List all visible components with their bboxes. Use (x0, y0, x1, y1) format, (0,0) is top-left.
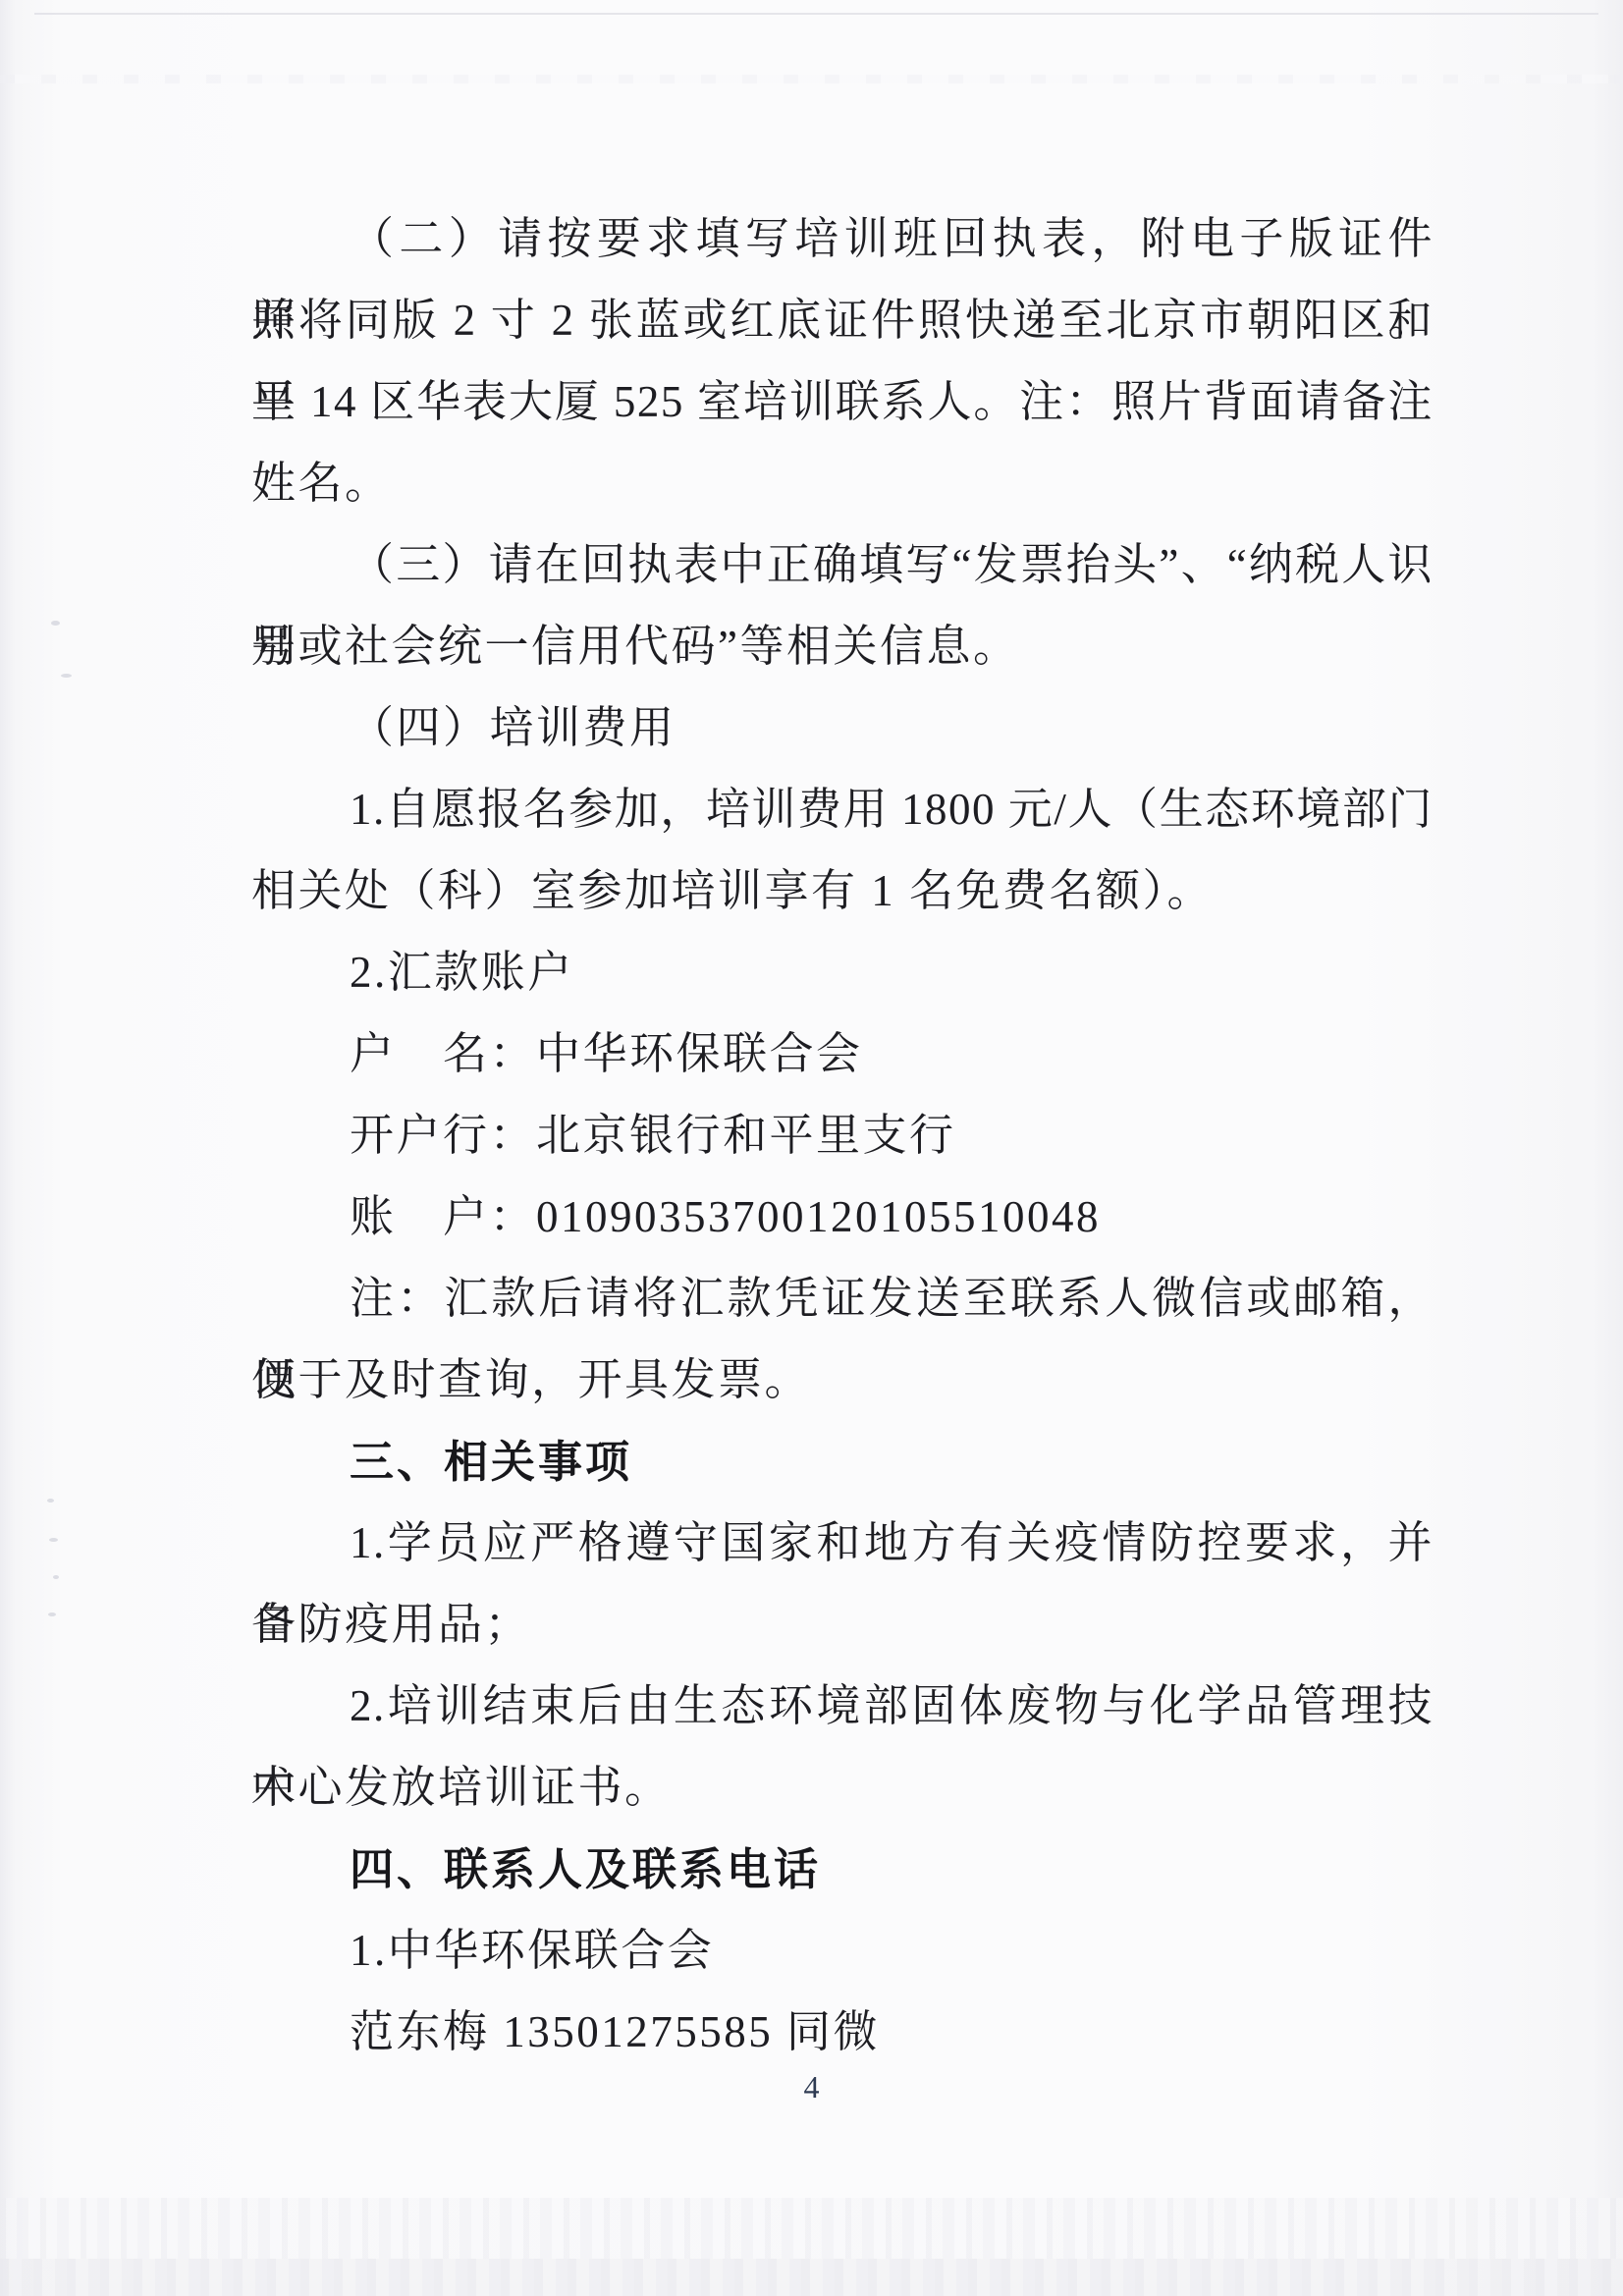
section4-heading-line: （四）培训费用 (251, 687, 1434, 769)
scan-speckle (53, 1575, 59, 1579)
scan-noise-band (0, 2259, 1623, 2296)
section2-line-2: 并将同版 2 寸 2 张蓝或红底证件照快递至北京市朝阳区和平 (251, 280, 1434, 361)
scan-noise-band (0, 2198, 1623, 2259)
remit-note-line-2: 便于及时查询，开具发票。 (251, 1339, 1434, 1421)
contact-org-line: 1.中华环保联合会 (251, 1910, 1434, 1992)
section3-line-1: （三）请在回执表中正确填写“发票抬头”、“纳税人识别 (251, 524, 1434, 606)
scan-speckle (47, 1499, 54, 1503)
scanned-page: （二）请按要求填写培训班回执表，附电子版证件照。 并将同版 2 寸 2 张蓝或红… (0, 0, 1623, 2296)
related-line-1: 1.学员应严格遵守国家和地方有关疫情防控要求，并自 (251, 1503, 1434, 1584)
remit-note-line-1: 注：汇款后请将汇款凭证发送至联系人微信或邮箱，以 (251, 1258, 1434, 1339)
section2-line-1: （二）请按要求填写培训班回执表，附电子版证件照。 (251, 198, 1434, 280)
fee-line-1: 1.自愿报名参加，培训费用 1800 元/人（生态环境部门 (251, 769, 1434, 850)
bank-branch-line: 开户行：北京银行和平里支行 (251, 1095, 1434, 1176)
section2-line-3: 里 14 区华表大厦 525 室培训联系人。注：照片背面请备注 (251, 361, 1434, 443)
section2-line-4: 姓名。 (251, 443, 1434, 524)
scan-speckle (51, 621, 60, 626)
scan-noise-band (0, 75, 1623, 83)
account-name-line: 户 名：中华环保联合会 (251, 1013, 1434, 1095)
remit-account-line: 2.汇款账户 (251, 932, 1434, 1013)
section-heading-contacts: 四、联系人及联系电话 (251, 1829, 1434, 1910)
page-number: 4 (0, 2062, 1623, 2111)
fee-line-2: 相关处（科）室参加培训享有 1 名免费名额）。 (251, 850, 1434, 932)
scan-speckle (49, 1538, 58, 1542)
account-number-line: 账 户：01090353700120105510048 (251, 1176, 1434, 1258)
scan-speckle (61, 674, 72, 678)
related-line-4: 中心发放培训证书。 (251, 1747, 1434, 1829)
related-line-3: 2.培训结束后由生态环境部固体废物与化学品管理技术 (251, 1666, 1434, 1747)
scan-edge-artifact (34, 13, 1598, 15)
section3-line-2: 号或社会统一信用代码”等相关信息。 (251, 606, 1434, 687)
contact-person-line: 范东梅 13501275585 同微 (251, 1992, 1434, 2073)
document-body: （二）请按要求填写培训班回执表，附电子版证件照。 并将同版 2 寸 2 张蓝或红… (251, 198, 1434, 2073)
related-line-2: 备防疫用品； (251, 1584, 1434, 1666)
section-heading-related-matters: 三、相关事项 (251, 1421, 1434, 1503)
scan-speckle (48, 1613, 56, 1616)
